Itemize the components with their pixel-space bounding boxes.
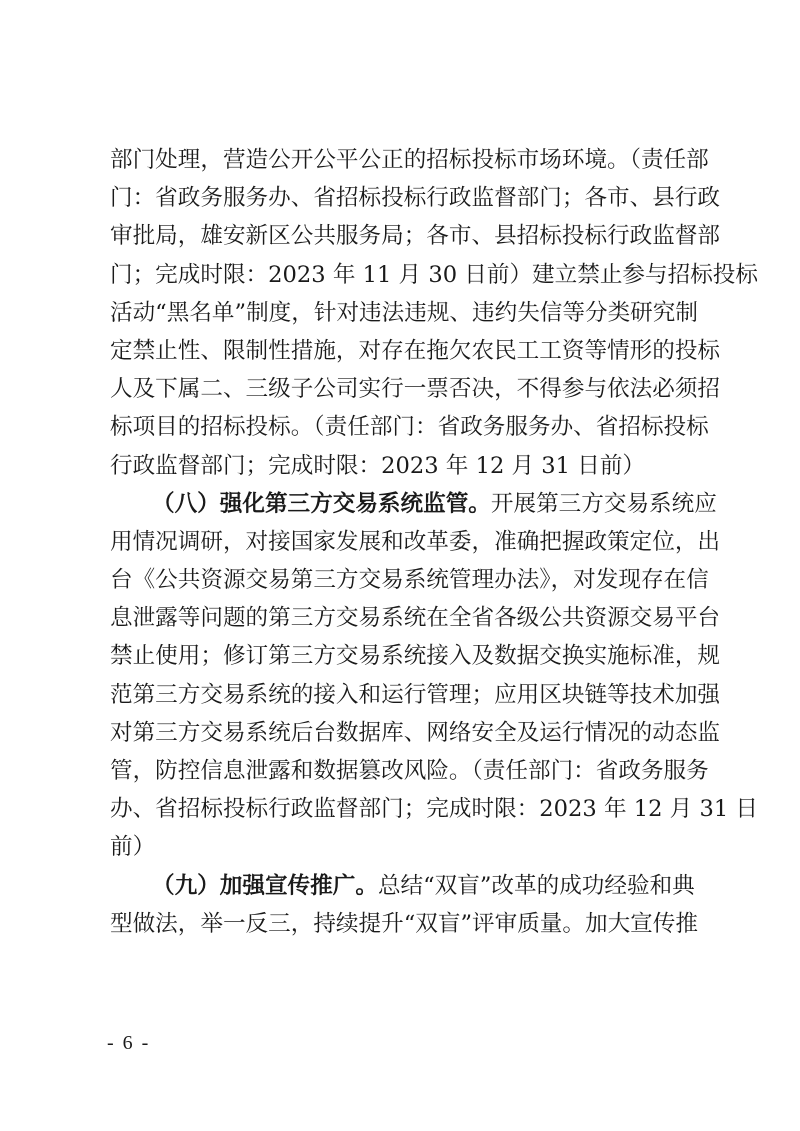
text-line: 对第三方交易系统后台数据库、网络安全及运行情况的动态监 [110,714,694,752]
section-heading-8: （八）强化第三方交易系统监管。 [152,491,491,517]
text-line: 审批局，雄安新区公共服务局；各市、县招标投标行政监督部 [110,217,694,255]
text-line: 人及下属二、三级子公司实行一票否决，不得参与依法必须招 [110,370,694,408]
heading-line-rest: 开展第三方交易系统应 [491,491,717,517]
text-line: 前） [110,828,694,866]
text-line: 门：省政务服务办、省招标投标行政监督部门；各市、县行政 [110,179,694,217]
document-page: 部门处理，营造公开公平公正的招标投标市场环境。（责任部 门：省政务服务办、省招标… [0,0,800,1131]
text-line: 办、省招标投标行政监督部门；完成时限：2023 年 12 月 31 日 [110,790,694,828]
text-line: 用情况调研，对接国家发展和改革委，准确把握政策定位，出 [110,523,694,561]
text-line: 禁止使用；修订第三方交易系统接入及数据交换实施标准，规 [110,637,694,675]
page-number: - 6 - [107,1032,150,1055]
heading-line-rest: 总结“双盲”改革的成功经验和典 [378,873,695,899]
text-line: 范第三方交易系统的接入和运行管理；应用区块链等技术加强 [110,676,694,714]
text-line: 台《公共资源交易第三方交易系统管理办法》，对发现存在信 [110,561,694,599]
paragraph-8: （八）强化第三方交易系统监管。开展第三方交易系统应 用情况调研，对接国家发展和改… [110,485,694,867]
section-heading-9: （九）加强宣传推广。 [152,873,378,899]
text-line: （八）强化第三方交易系统监管。开展第三方交易系统应 [110,485,694,523]
text-line: 管，防控信息泄露和数据篡改风险。（责任部门：省政务服务 [110,752,694,790]
text-line: 息泄露等问题的第三方交易系统在全省各级公共资源交易平台 [110,599,694,637]
text-line: （九）加强宣传推广。总结“双盲”改革的成功经验和典 [110,867,694,905]
paragraph-9: （九）加强宣传推广。总结“双盲”改革的成功经验和典 型做法，举一反三，持续提升“… [110,867,694,943]
text-line: 行政监督部门；完成时限：2023 年 12 月 31 日前） [110,447,694,485]
paragraph-continuation: 部门处理，营造公开公平公正的招标投标市场环境。（责任部 门：省政务服务办、省招标… [110,141,694,485]
text-line: 活动“黑名单”制度，针对违法违规、违约失信等分类研究制 [110,294,694,332]
text-line: 标项目的招标投标。（责任部门：省政务服务办、省招标投标 [110,408,694,446]
text-line: 定禁止性、限制性措施，对存在拖欠农民工工资等情形的投标 [110,332,694,370]
text-line: 型做法，举一反三，持续提升“双盲”评审质量。加大宣传推 [110,905,694,943]
text-line: 门；完成时限：2023 年 11 月 30 日前）建立禁止参与招标投标 [110,256,694,294]
body-text: 部门处理，营造公开公平公正的招标投标市场环境。（责任部 门：省政务服务办、省招标… [110,141,694,943]
text-line: 部门处理，营造公开公平公正的招标投标市场环境。（责任部 [110,141,694,179]
